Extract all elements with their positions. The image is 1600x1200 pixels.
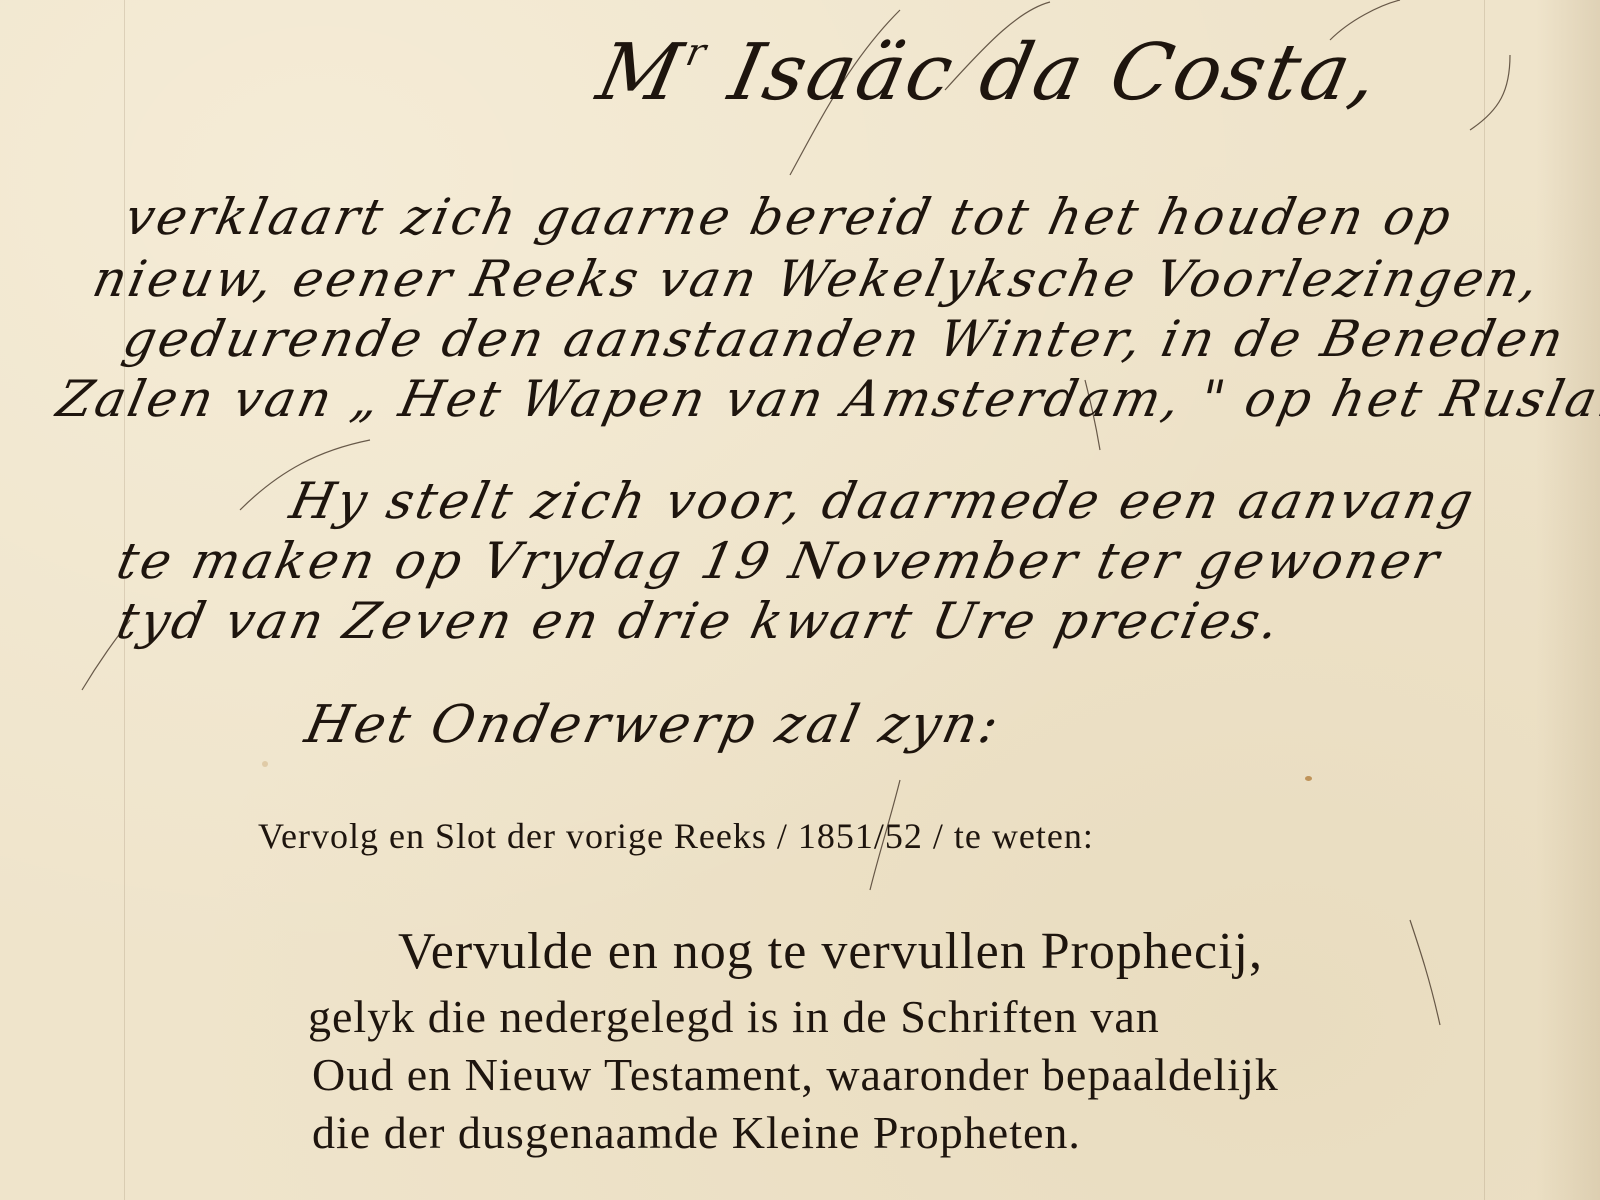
margin-ruling-right <box>1484 0 1485 1200</box>
paragraph-1-line-4: Zalen van „ Het Wapen van Amsterdam, " o… <box>52 370 1600 428</box>
subject-line-1: Vervulde en nog te vervullen Prophecij, <box>398 922 1263 981</box>
subject-heading: Het Onderwerp zal zyn: <box>300 695 1007 755</box>
paragraph-1-line-2: nieuw, eener Reeks van Wekelyksche Voorl… <box>88 250 1547 308</box>
paragraph-1-line-3: gedurende den aanstaanden Winter, in de … <box>118 310 1571 368</box>
title-prefix: M <box>590 28 692 118</box>
subject-intro: Vervolg en Slot der vorige Reeks / 1851/… <box>258 815 1094 857</box>
paragraph-1-line-1: verklaart zich gaarne bereid tot het hou… <box>120 188 1459 246</box>
subject-line-3: Oud en Nieuw Testament, waaronder bepaal… <box>312 1048 1279 1101</box>
paragraph-2-line-1: Hy stelt zich voor, daarmede een aanvang <box>285 472 1481 530</box>
document-title: Mr Isaäc da Costa, <box>590 28 1389 118</box>
subject-line-4: die der dusgenaamde Kleine Propheten. <box>312 1106 1081 1159</box>
paragraph-2-line-2: te maken op Vrydag 19 November ter gewon… <box>112 532 1447 590</box>
paragraph-2-line-3: tyd van Zeven en drie kwart Ure precies. <box>112 592 1287 650</box>
subject-line-2: gelyk die nedergelegd is in de Schriften… <box>308 990 1160 1043</box>
paper-stain <box>1305 776 1312 781</box>
title-name: Isaäc da Costa, <box>722 28 1389 118</box>
paper-stain <box>262 761 268 767</box>
